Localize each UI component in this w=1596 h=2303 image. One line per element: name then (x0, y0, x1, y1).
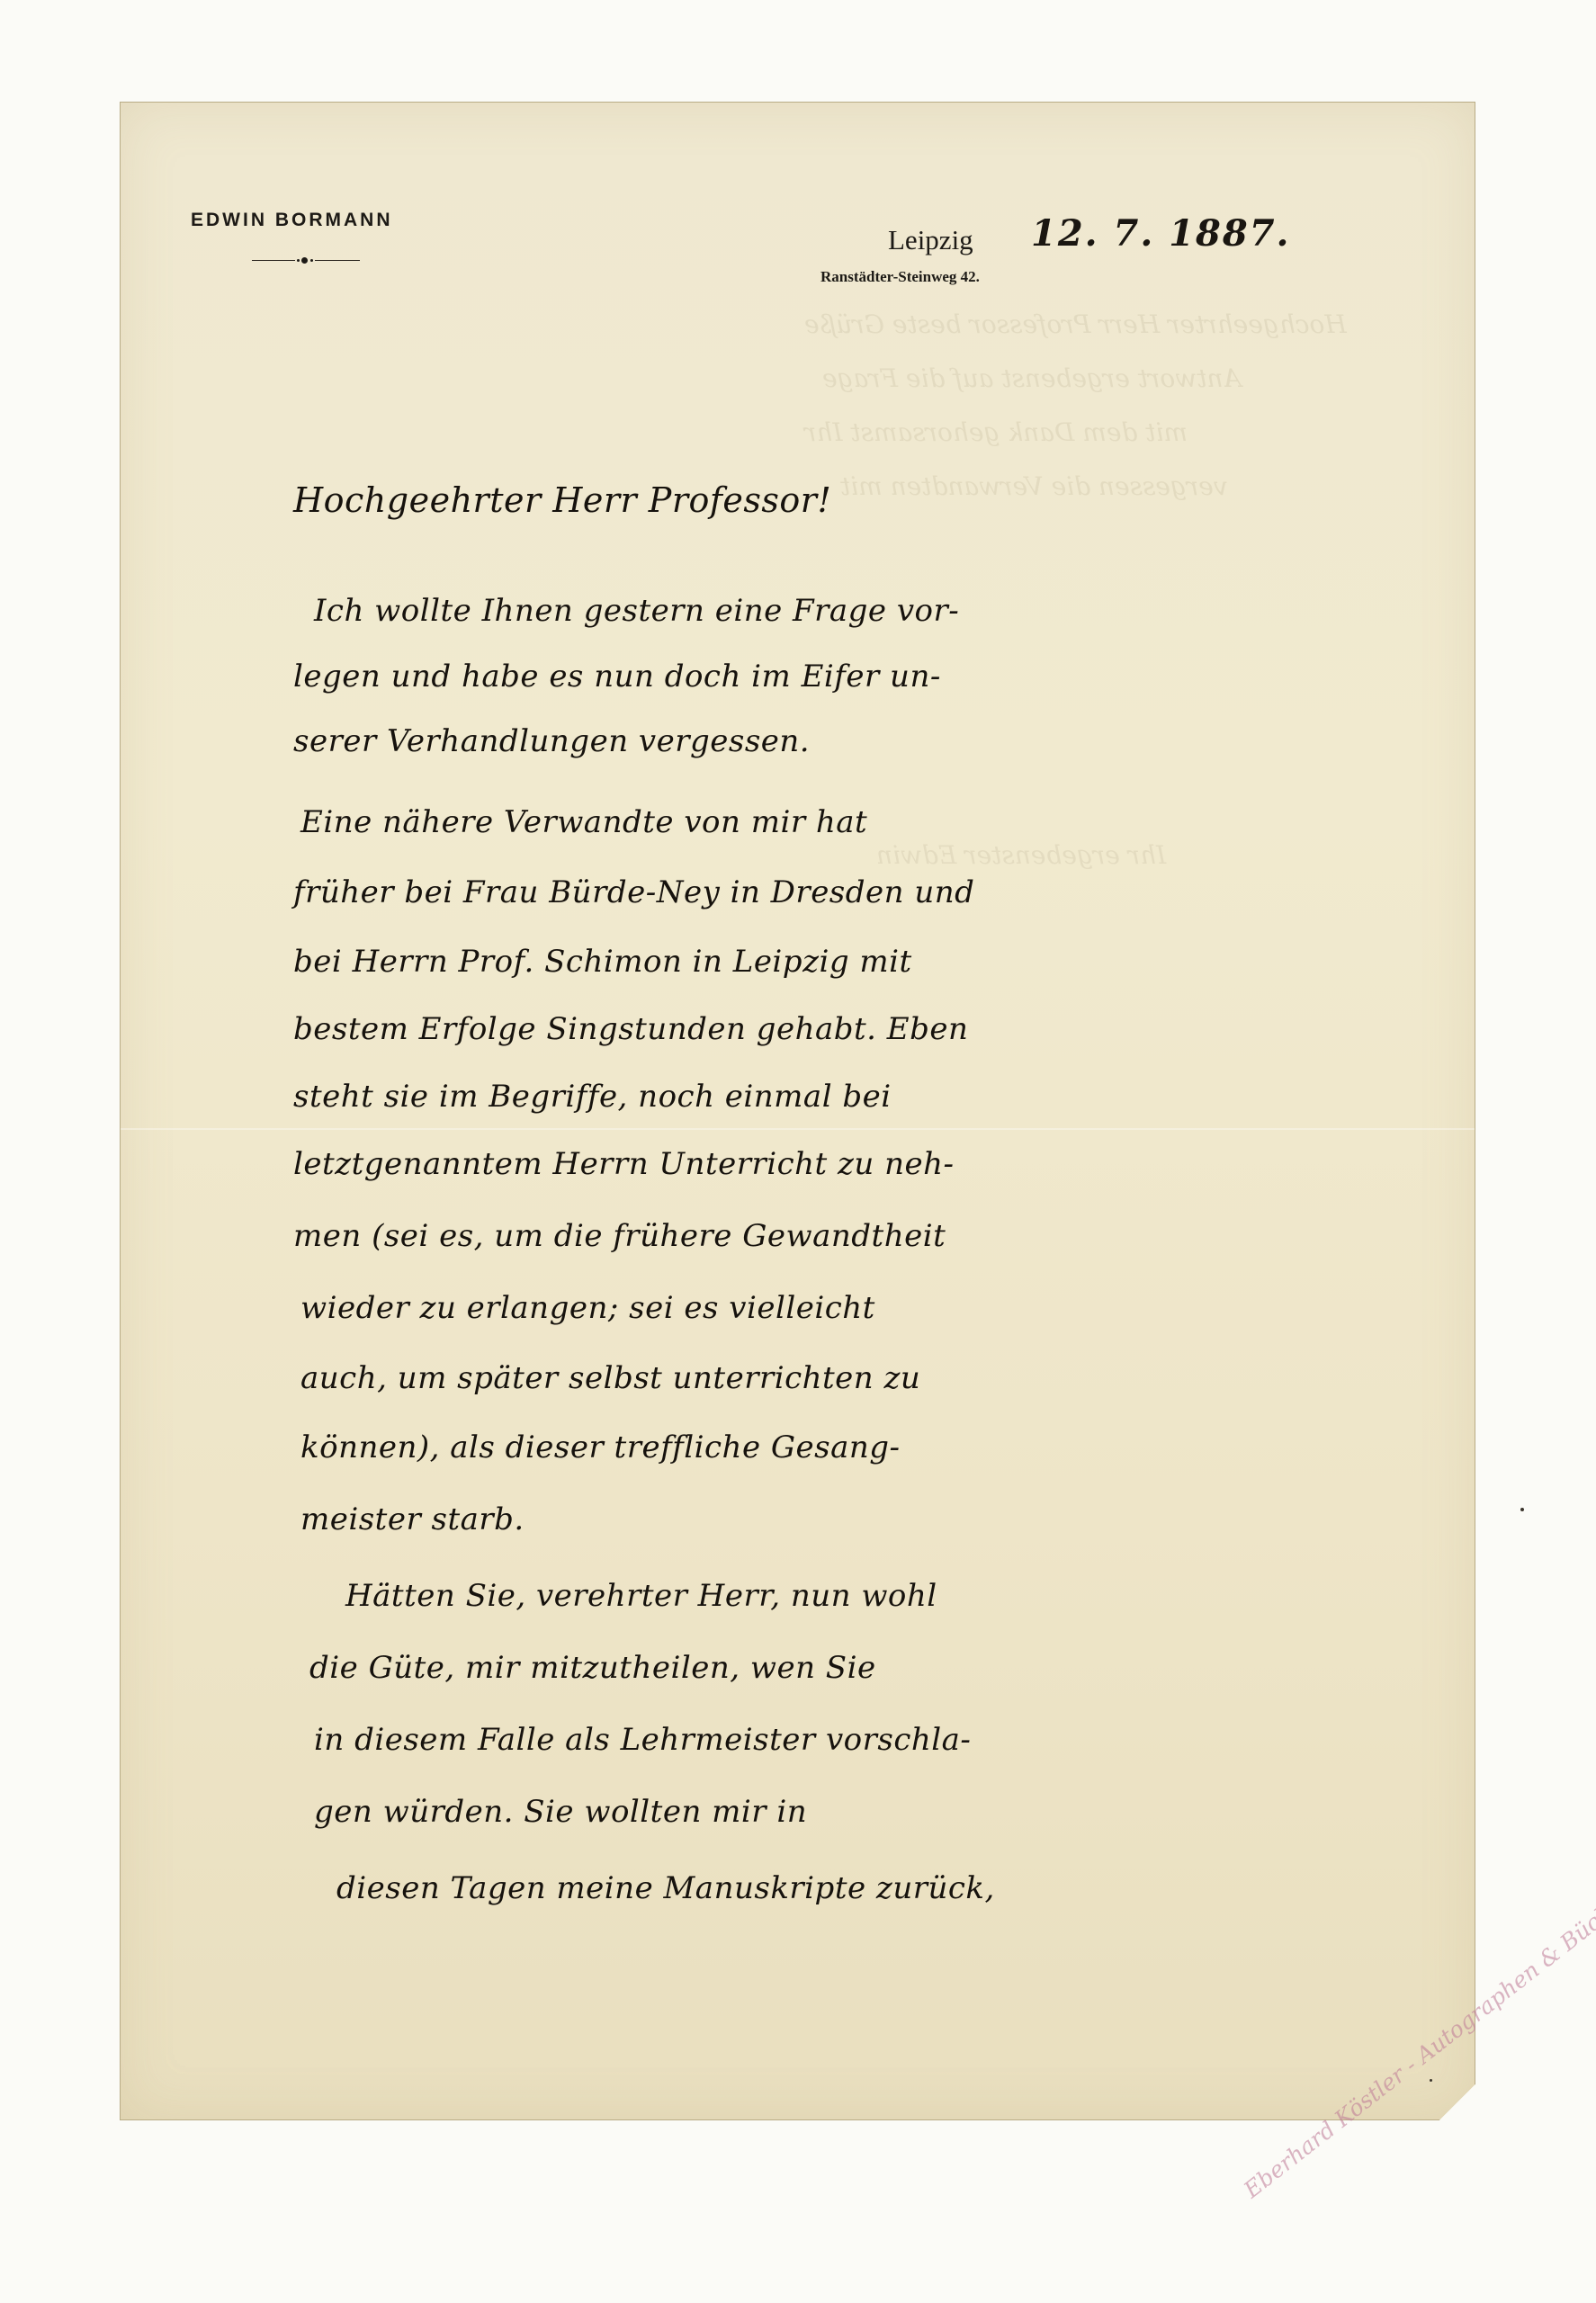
ink-bleed-through: Ihr ergebenster Edwin (876, 840, 1166, 870)
ink-bleed-through: Hochgeehrter Herr Professor beste Grüße (804, 309, 1347, 339)
letter-line: meister starb. (300, 1501, 525, 1537)
paper-fold-line (121, 1128, 1475, 1130)
letter-line: men (sei es, um die frühere Gewandtheit (293, 1218, 946, 1254)
letter-line: Hätten Sie, verehrter Herr, nun wohl (345, 1578, 937, 1614)
letter-line: gen würden. Sie wollten mir in (314, 1794, 807, 1830)
letter-line: bei Herrn Prof. Schimon in Leipzig mit (293, 944, 912, 980)
letter-line: diesen Tagen meine Manuskripte zurück, (336, 1870, 995, 1906)
handwritten-date: 12. 7. 1887. (1031, 212, 1290, 255)
letter-line: in diesem Falle als Lehrmeister vorschla… (314, 1722, 971, 1758)
ink-bleed-through: Antwort ergebenst auf die Frage (822, 363, 1242, 393)
letter-line: bestem Erfolge Singstunden gehabt. Eben (293, 1011, 968, 1047)
letter-line: legen und habe es nun doch im Eifer un- (293, 659, 941, 694)
letterhead-name: EDWIN BORMANN (191, 210, 392, 231)
letter-line: früher bei Frau Bürde-Ney in Dresden und (293, 874, 974, 910)
letter-line: serer Verhandlungen vergessen. (293, 723, 810, 759)
letter-line: letztgenanntem Herrn Unterricht zu neh- (293, 1146, 955, 1182)
ink-bleed-through: mit dem Dank gehorsamst Ihr (804, 417, 1188, 447)
letter-line: Ich wollte Ihnen gestern eine Frage vor- (314, 593, 959, 629)
paper-speck (1430, 2079, 1432, 2082)
letter-sheet: Hochgeehrter Herr Professor beste Grüße … (120, 102, 1475, 2120)
letter-line: können), als dieser treffliche Gesang- (300, 1429, 901, 1465)
letterhead-ornament-divider (252, 256, 360, 265)
letter-line: wieder zu erlangen; sei es vielleicht (300, 1290, 875, 1326)
letterhead-place: Leipzig (888, 224, 973, 256)
letter-line: die Güte, mir mitzutheilen, wen Sie (309, 1650, 876, 1686)
letter-line: steht sie im Begriffe, noch einmal bei (293, 1079, 892, 1115)
letterhead-address: Ranstädter-Steinweg 42. (820, 268, 980, 286)
ink-bleed-through: vergessen die Verwandten mit (840, 471, 1228, 501)
letter-line: Eine nähere Verwandte von mir hat (300, 804, 867, 840)
letter-salutation: Hochgeehrter Herr Professor! (293, 480, 831, 520)
letter-line: auch, um später selbst unterrichten zu (300, 1360, 920, 1396)
background-speck (1520, 1508, 1524, 1511)
